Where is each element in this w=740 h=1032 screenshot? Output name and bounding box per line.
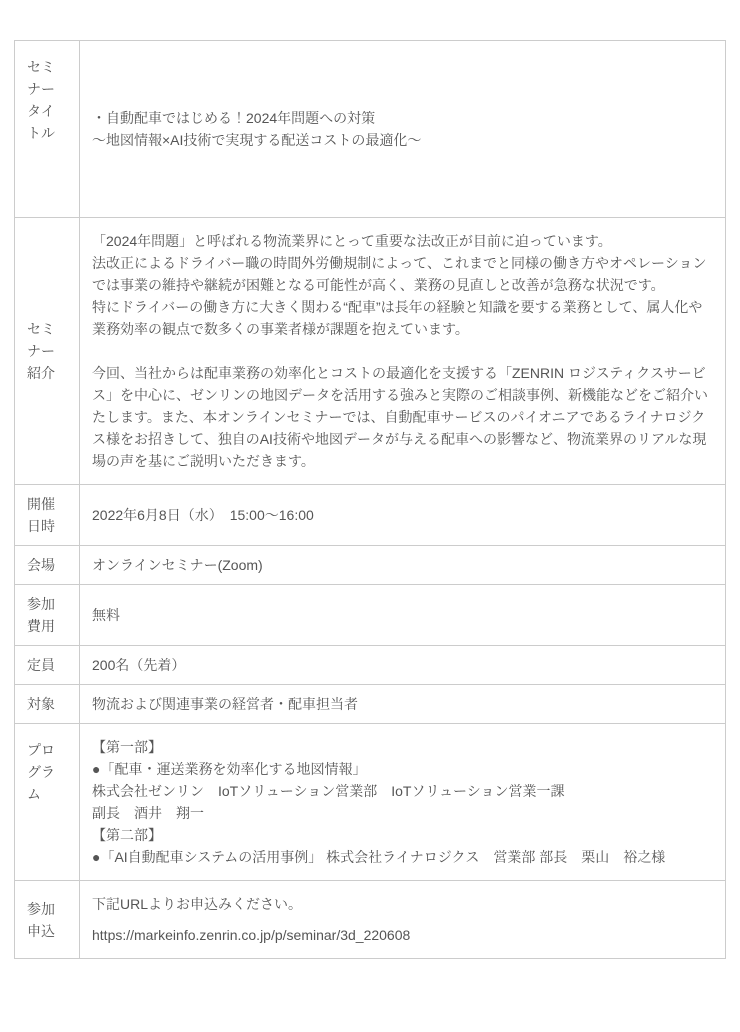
program-part1-heading: 【第一部】 [92, 736, 713, 758]
row-datetime: 開催日時 2022年6月8日（水） 15:00～16:00 [15, 485, 726, 546]
program-part2-heading: 【第二部】 [92, 824, 713, 846]
row-venue: 会場 オンラインセミナー(Zoom) [15, 546, 726, 585]
row-label-datetime: 開催日時 [15, 485, 80, 546]
row-apply: 参加申込 下記URLよりお申込みください。 https://markeinfo.… [15, 881, 726, 959]
row-label-fee: 参加費用 [15, 585, 80, 646]
intro-paragraph-line: 特にドライバーの働き方に大きく関わる“配車”は長年の経験と知識を要する業務として… [92, 296, 713, 340]
row-label-seminar-title: セミナータイトル [15, 41, 80, 218]
row-label-seminar-intro: セミナー紹介 [15, 218, 80, 485]
fee-value: 無料 [92, 604, 713, 626]
seminar-subtitle-line: ～地図情報×AI技術で実現する配送コストの最適化～ [92, 129, 713, 151]
apply-content: 下記URLよりお申込みください。 https://markeinfo.zenri… [80, 881, 726, 959]
text-block: https://markeinfo.zenrin.co.jp/p/seminar… [92, 924, 713, 946]
text-block: 下記URLよりお申込みください。 [92, 893, 713, 915]
program-part2-title-speaker: ●「AI自動配車システムの活用事例」 株式会社ライナロジクス 営業部 部長 栗山… [92, 846, 713, 868]
fee-content: 無料 [80, 585, 726, 646]
text-block: 200名（先着） [92, 654, 713, 676]
row-label-apply: 参加申込 [15, 881, 80, 959]
row-seminar-title: セミナータイトル ・自動配車ではじめる！2024年問題への対策 ～地図情報×AI… [15, 41, 726, 218]
capacity-content: 200名（先着） [80, 646, 726, 685]
capacity-value: 200名（先着） [92, 654, 713, 676]
audience-value: 物流および関連事業の経営者・配車担当者 [92, 693, 713, 715]
seminar-title-content: ・自動配車ではじめる！2024年問題への対策 ～地図情報×AI技術で実現する配送… [80, 41, 726, 218]
text-block: 今回、当社からは配車業務の効率化とコストの最適化を支援する「ZENRIN ロジス… [92, 362, 713, 472]
seminar-info-table: セミナータイトル ・自動配車ではじめる！2024年問題への対策 ～地図情報×AI… [14, 40, 726, 959]
text-block: ・自動配車ではじめる！2024年問題への対策 ～地図情報×AI技術で実現する配送… [92, 107, 713, 151]
program-part1-company: 株式会社ゼンリン IoTソリューション営業部 IoTソリューション営業一課 [92, 780, 713, 802]
intro-paragraph-line: 「2024年問題」と呼ばれる物流業界にとって重要な法改正が目前に迫っています。 [92, 230, 713, 252]
row-fee: 参加費用 無料 [15, 585, 726, 646]
row-label-capacity: 定員 [15, 646, 80, 685]
audience-content: 物流および関連事業の経営者・配車担当者 [80, 685, 726, 724]
row-label-program: プログラム [15, 724, 80, 881]
intro-paragraph-line: 今回、当社からは配車業務の効率化とコストの最適化を支援する「ZENRIN ロジス… [92, 362, 713, 472]
seminar-intro-content: 「2024年問題」と呼ばれる物流業界にとって重要な法改正が目前に迫っています。 … [80, 218, 726, 485]
row-audience: 対象 物流および関連事業の経営者・配車担当者 [15, 685, 726, 724]
program-part1-speaker: 副長 酒井 翔一 [92, 802, 713, 824]
seminar-title-line: ・自動配車ではじめる！2024年問題への対策 [92, 107, 713, 129]
row-program: プログラム 【第一部】 ●「配車・運送業務を効率化する地図情報」 株式会社ゼンリ… [15, 724, 726, 881]
program-content: 【第一部】 ●「配車・運送業務を効率化する地図情報」 株式会社ゼンリン IoTソ… [80, 724, 726, 881]
intro-paragraph-line: 法改正によるドライバー職の時間外労働規制によって、これまでと同様の働き方やオペレ… [92, 252, 713, 296]
row-seminar-intro: セミナー紹介 「2024年問題」と呼ばれる物流業界にとって重要な法改正が目前に迫… [15, 218, 726, 485]
application-url: https://markeinfo.zenrin.co.jp/p/seminar… [92, 924, 713, 946]
text-block: 【第一部】 ●「配車・運送業務を効率化する地図情報」 株式会社ゼンリン IoTソ… [92, 736, 713, 868]
row-capacity: 定員 200名（先着） [15, 646, 726, 685]
text-block: 物流および関連事業の経営者・配車担当者 [92, 693, 713, 715]
venue-content: オンラインセミナー(Zoom) [80, 546, 726, 585]
text-block: 無料 [92, 604, 713, 626]
datetime-content: 2022年6月8日（水） 15:00～16:00 [80, 485, 726, 546]
program-part1-title: ●「配車・運送業務を効率化する地図情報」 [92, 758, 713, 780]
text-block: 2022年6月8日（水） 15:00～16:00 [92, 504, 713, 526]
text-block: オンラインセミナー(Zoom) [92, 554, 713, 576]
row-label-venue: 会場 [15, 546, 80, 585]
datetime-value: 2022年6月8日（水） 15:00～16:00 [92, 504, 713, 526]
row-label-audience: 対象 [15, 685, 80, 724]
apply-instruction: 下記URLよりお申込みください。 [92, 893, 713, 915]
venue-value: オンラインセミナー(Zoom) [92, 554, 713, 576]
text-block: 「2024年問題」と呼ばれる物流業界にとって重要な法改正が目前に迫っています。 … [92, 230, 713, 340]
